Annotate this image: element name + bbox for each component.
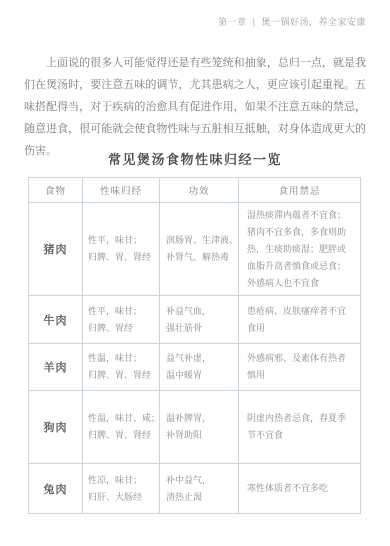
column-header-taboo: 食用禁忌 [239,178,361,203]
book-title: 煲一锅好汤，养全家安康 [261,15,366,28]
book-page: 第一章 | 煲一锅好汤，养全家安康 上面说的很多人可能觉得还是有些笼统和抽象，总… [0,0,390,546]
effect-cell: 润肠胃、生津液、补肾气、解热毒 [160,203,239,296]
effect-cell: 补益气血，强壮筋骨 [160,296,239,344]
chapter-label: 第一章 [218,15,247,28]
food-properties-table: 食物 性味归经 功效 食用禁忌 猪肉 性平，味甘；归脾、胃、肾经 润肠胃、生津液… [28,177,361,514]
running-head: 第一章 | 煲一锅好汤，养全家安康 [218,15,366,28]
table-row-rabbit-meat: 兔肉 性凉，味甘；归肝、大肠经 补中益气，清热止渴 寒性体质者不宜多吃 [29,464,361,514]
food-name-cell: 猪肉 [29,203,83,296]
nature-cell: 性温，味甘；归脾、胃、肾经 [83,344,160,391]
food-name-cell: 狗肉 [29,391,83,464]
effect-cell: 温补脾胃，补肾助阳 [160,391,239,464]
column-header-effect: 功效 [160,178,239,203]
food-name-cell: 兔肉 [29,464,83,514]
table-row-mutton: 羊肉 性温，味甘；归脾、胃、肾经 益气补虚，温中暖胃 外感病邪、及素体有热者慎用 [29,344,361,391]
taboo-cell: 湿热痰滞内蕴者不宜食；猪肉不宜多食，多食则助热，生痰助痰湿；肥胖或血脂升高者慎食… [239,203,361,296]
table-row-pork: 猪肉 性平，味甘；归脾、胃、肾经 润肠胃、生津液、补肾气、解热毒 湿热痰滞内蕴者… [29,203,361,296]
table-header: 食物 性味归经 功效 食用禁忌 [29,178,361,203]
table-row-dog-meat: 狗肉 性温，味甘、咸；归脾、胃、肾经 温补脾胃，补肾助阳 阴虚内热者忌食，春夏季… [29,391,361,464]
nature-cell: 性凉，味甘；归肝、大肠经 [83,464,160,514]
food-name-cell: 牛肉 [29,296,83,344]
column-header-nature: 性味归经 [83,178,160,203]
taboo-cell: 外感病邪、及素体有热者慎用 [239,344,361,391]
intro-paragraph: 上面说的很多人可能觉得还是有些笼统和抽象，总归一点，就是我们在煲汤时，要注意五味… [24,52,366,162]
effect-cell: 益气补虚，温中暖胃 [160,344,239,391]
table-row-beef: 牛肉 性平，味甘；归脾、胃经 补益气血，强壮筋骨 患疮病、皮肤瘙痒者不宜食用 [29,296,361,344]
effect-cell: 补中益气，清热止渴 [160,464,239,514]
food-name-cell: 羊肉 [29,344,83,391]
table-header-row: 食物 性味归经 功效 食用禁忌 [29,178,361,203]
nature-cell: 性平，味甘；归脾、胃、肾经 [83,203,160,296]
nature-cell: 性温，味甘、咸；归脾、胃、肾经 [83,391,160,464]
taboo-cell: 患疮病、皮肤瘙痒者不宜食用 [239,296,361,344]
taboo-cell: 寒性体质者不宜多吃 [239,464,361,514]
header-separator: | [253,17,256,27]
taboo-cell: 阴虚内热者忌食，春夏季节不宜食 [239,391,361,464]
column-header-food: 食物 [29,178,83,203]
nature-cell: 性平，味甘；归脾、胃经 [83,296,160,344]
table-title: 常见煲汤食物性味归经一览 [0,149,390,168]
